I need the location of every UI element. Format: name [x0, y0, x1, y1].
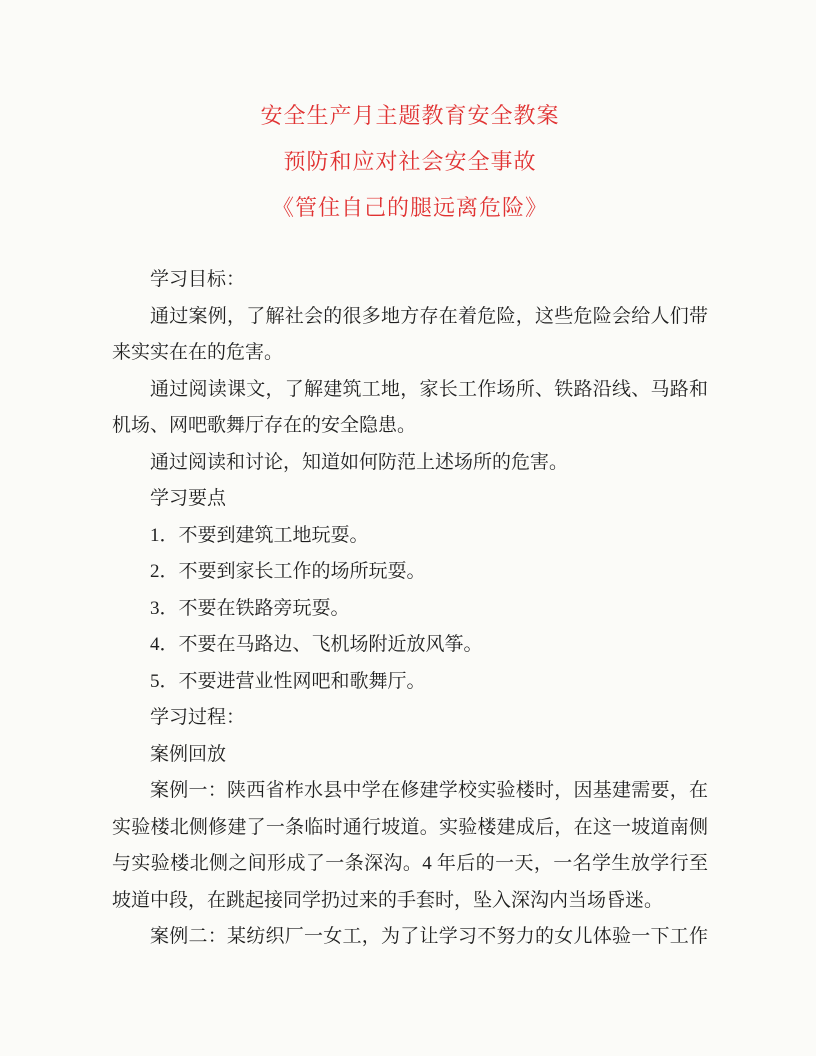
list-item-5: 5．不要进营业性网吧和歌舞厅。: [112, 664, 708, 701]
para-goal-discussion: 通过阅读和讨论，知道如何防范上述场所的危害。: [112, 445, 708, 482]
document-title-line-1: 安全生产月主题教育安全教案: [112, 93, 708, 139]
document-title-line-2: 预防和应对社会安全事故: [112, 139, 708, 185]
list-item-4: 4．不要在马路边、飞机场附近放风筝。: [112, 627, 708, 664]
list-item-2: 2．不要到家长工作的场所玩耍。: [112, 554, 708, 591]
para-goal-cases: 通过案例，了解社会的很多地方存在着危险，这些危险会给人们带来实实在在的危害。: [112, 299, 708, 372]
document-body: 学习目标： 通过案例，了解社会的很多地方存在着危险，这些危险会给人们带来实实在在…: [112, 262, 708, 956]
document-title-block: 安全生产月主题教育安全教案 预防和应对社会安全事故 《管住自己的腿远离危险》: [112, 93, 708, 231]
para-goal-reading: 通过阅读课文，了解建筑工地，家长工作场所、铁路沿线、马路和机场、网吧歌舞厅存在的…: [112, 372, 708, 445]
list-item-1: 1．不要到建筑工地玩耍。: [112, 518, 708, 555]
document-title-line-3: 《管住自己的腿远离危险》: [112, 185, 708, 231]
document-page: 安全生产月主题教育安全教案 预防和应对社会安全事故 《管住自己的腿远离危险》 学…: [0, 0, 816, 1056]
para-key-points-label: 学习要点: [112, 481, 708, 518]
para-learning-process-label: 学习过程：: [112, 700, 708, 737]
para-case-two: 案例二：某纺织厂一女工，为了让学习不努力的女儿体验一下工作: [112, 919, 708, 956]
para-case-replay-label: 案例回放: [112, 737, 708, 774]
list-item-3: 3．不要在铁路旁玩耍。: [112, 591, 708, 628]
para-learning-goals-label: 学习目标：: [112, 262, 708, 299]
para-case-one: 案例一：陕西省柞水县中学在修建学校实验楼时，因基建需要，在实验楼北侧修建了一条临…: [112, 773, 708, 919]
